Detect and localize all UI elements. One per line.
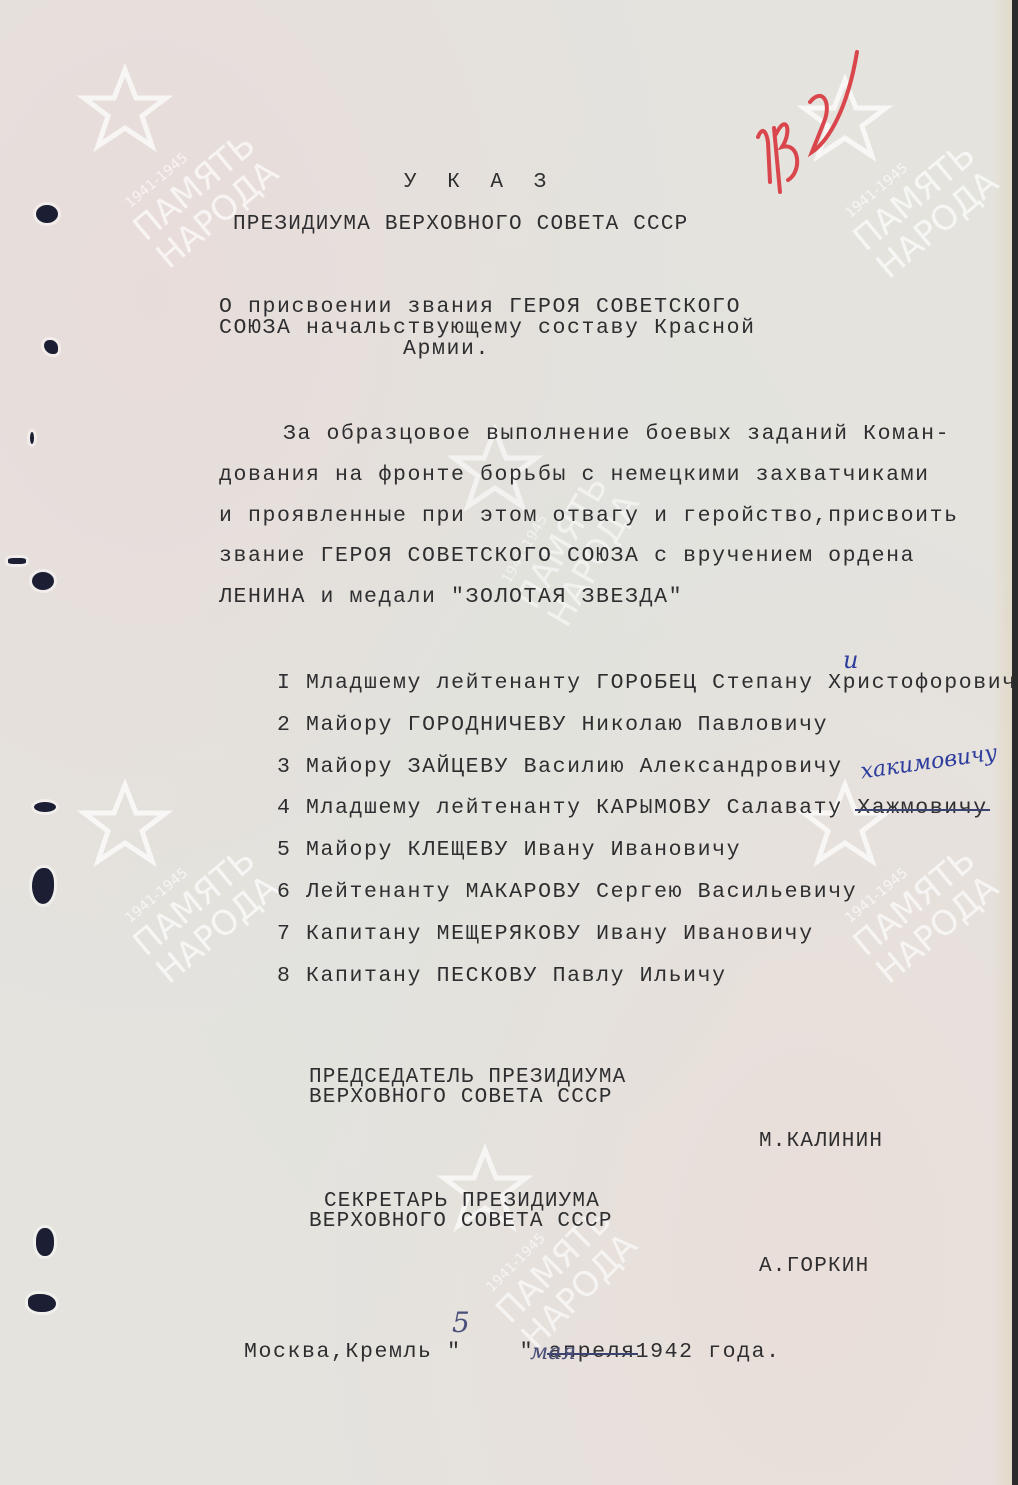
preamble-line-3: и проявленные при этом отвагу и геройств… — [219, 506, 959, 528]
item-rank: Младшему лейтенанту — [306, 671, 582, 695]
item-patronymic: Ивановичу — [611, 838, 742, 862]
item-rank: Майору — [306, 755, 393, 779]
item-number: 5 — [277, 838, 292, 862]
pen-correction-line-1: и — [843, 646, 858, 674]
item-number: 3 — [277, 755, 292, 779]
item-number: 6 — [277, 880, 292, 904]
item-name: Сергею — [596, 880, 683, 904]
preamble-line-2: дования на фронте борьбы с немецкими зах… — [219, 465, 930, 487]
item-name: Василию — [524, 755, 626, 779]
subject-line-2: СОЮЗА начальствующему составу Красной — [219, 318, 756, 338]
item-name: Салавату — [727, 796, 843, 820]
preamble-line-1: За образцовое выполнение боевых заданий … — [283, 424, 950, 446]
subject-line-3: Армии. — [403, 339, 490, 359]
punch-hole — [32, 868, 54, 904]
list-item: 8 Капитану ПЕСКОВУ Павлу Ильичу — [219, 944, 727, 1009]
punch-hole — [34, 802, 56, 812]
handwritten-day: 5 — [452, 1306, 470, 1339]
item-patronymic: Александровичу — [640, 755, 843, 779]
year: 1942 года. — [636, 1340, 781, 1364]
punch-hole — [8, 558, 26, 564]
place: Москва,Кремль — [244, 1340, 433, 1364]
place-date-line: Москва,Кремль " " апреля1942 года. — [215, 1320, 781, 1363]
item-surname: КАРЫМОВУ — [596, 796, 712, 820]
item-rank: Капитану — [306, 922, 422, 946]
item-surname: МАКАРОВУ — [466, 880, 582, 904]
chairman-name: М.КАЛИНИН — [759, 1131, 883, 1152]
item-patronymic: Ильичу — [640, 964, 727, 988]
punch-hole — [30, 432, 34, 444]
item-rank: Майору — [306, 838, 393, 862]
punch-hole — [36, 1228, 54, 1256]
item-surname: ЗАЙЦЕВУ — [408, 755, 510, 779]
document-title: У К А З — [404, 172, 555, 193]
item-name: Павлу — [553, 964, 626, 988]
item-patronymic: Христофоровичу — [828, 671, 1018, 695]
preamble-line-5: ЛЕНИНА и медали "ЗОЛОТАЯ ЗВЕЗДА" — [219, 587, 683, 609]
item-patronymic: Васильевичу — [698, 880, 858, 904]
document-issuer: ПРЕЗИДИУМА ВЕРХОВНОГО СОВЕТА СССР — [233, 214, 688, 235]
secretary-title-line-1: СЕКРЕТАРЬ ПРЕЗИДИУМА — [324, 1192, 600, 1212]
item-number: I — [277, 671, 292, 695]
punch-hole — [36, 205, 58, 223]
item-rank: Младшему лейтенанту — [306, 796, 582, 820]
item-name: Ивану — [524, 838, 597, 862]
item-number: 7 — [277, 922, 292, 946]
item-number: 8 — [277, 964, 292, 988]
item-patronymic-struck: Хажмовичу — [857, 796, 988, 820]
item-rank: Лейтенанту — [306, 880, 451, 904]
handwritten-month: мая — [530, 1340, 576, 1365]
secretary-name: А.ГОРКИН — [759, 1256, 869, 1277]
item-surname: КЛЕЩЕВУ — [408, 838, 510, 862]
page-edge — [1012, 0, 1018, 1485]
item-patronymic: Павловичу — [698, 713, 829, 737]
chairman-title-line-1: ПРЕДСЕДАТЕЛЬ ПРЕЗИДИУМА — [309, 1068, 626, 1088]
item-name: Николаю — [582, 713, 684, 737]
item-number: 4 — [277, 796, 292, 820]
item-surname: ГОРОДНИЧЕВУ — [408, 713, 568, 737]
item-number: 2 — [277, 713, 292, 737]
red-pencil-number-annotation — [752, 42, 872, 202]
item-rank: Капитану — [306, 964, 422, 988]
punch-hole — [32, 572, 54, 590]
punch-hole — [28, 1294, 56, 1312]
open-quote: " — [447, 1340, 462, 1364]
subject-line-1: О присвоении звания ГЕРОЯ СОВЕТСКОГО — [219, 297, 741, 317]
item-name: Ивану — [596, 922, 669, 946]
preamble-line-4: звание ГЕРОЯ СОВЕТСКОГО СОЮЗА с вручение… — [219, 546, 915, 568]
item-rank: Майору — [306, 713, 393, 737]
chairman-title-line-2: ВЕРХОВНОГО СОВЕТА СССР — [309, 1088, 613, 1108]
secretary-title-line-2: ВЕРХОВНОГО СОВЕТА СССР — [309, 1212, 613, 1232]
item-surname: ПЕСКОВУ — [437, 964, 539, 988]
item-surname: ГОРОБЕЦ — [596, 671, 698, 695]
item-patronymic: Ивановичу — [683, 922, 814, 946]
item-name: Степану — [712, 671, 814, 695]
item-surname: МЕЩЕРЯКОВУ — [437, 922, 582, 946]
